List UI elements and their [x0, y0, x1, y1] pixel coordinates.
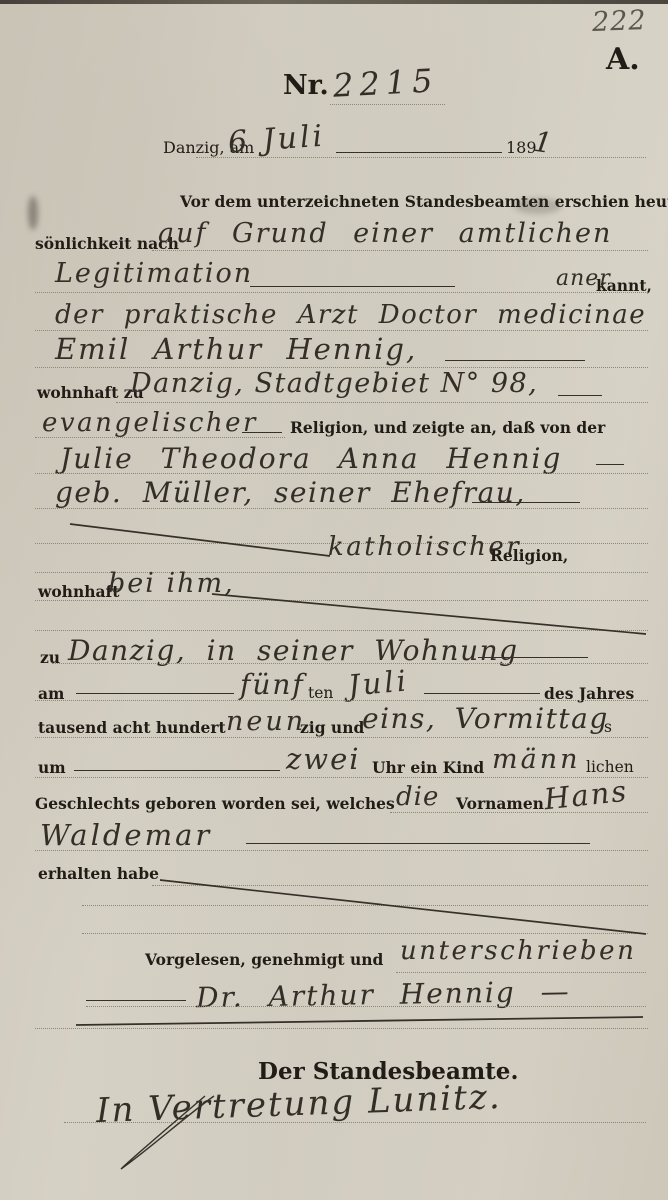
- blank-field-strike-3: [160, 880, 646, 934]
- ink-fill-line: [445, 360, 585, 361]
- form-rule: [196, 157, 646, 158]
- ink-fill-line: [76, 693, 234, 694]
- ink-fill-line: [558, 395, 602, 396]
- form-rule: [35, 700, 648, 701]
- daytime-s-printed: s: [604, 718, 612, 736]
- religion2-printed: Religion,: [490, 546, 568, 565]
- mother-name: Julie Theodora Anna Hennig: [60, 442, 562, 475]
- article-hand: die: [396, 782, 439, 812]
- declarant-signature: Dr. Arthur Hennig —: [196, 975, 571, 1015]
- ink-fill-line: [74, 770, 280, 771]
- declarant-occupation: der praktische Arzt Doctor medicinae: [55, 300, 646, 330]
- form-rule: [35, 600, 648, 601]
- form-rule: [82, 905, 648, 906]
- year-hand-digit: 1: [532, 125, 555, 160]
- form-rule: [35, 330, 648, 331]
- form-rule: [52, 663, 648, 664]
- form-rule: [116, 402, 648, 403]
- ink-fill-line: [424, 693, 540, 694]
- identity-basis-hand-2: Legitimation: [55, 258, 253, 289]
- archive-page-number: 222: [591, 5, 647, 38]
- residence-value: Danzig, Stadtgebiet N° 98,: [130, 368, 538, 399]
- section-letter-mark: A.: [606, 42, 640, 77]
- record-number-label: Nr.: [283, 70, 329, 101]
- declarant-religion: evangelischer: [42, 408, 258, 438]
- year-zig-printed: zig und: [300, 718, 364, 737]
- declarant-name: Emil Arthur Hennig,: [55, 332, 417, 366]
- form-rule: [35, 473, 648, 474]
- birth-month-value: Juli: [347, 663, 411, 702]
- time-printed: Uhr ein Kind: [372, 758, 484, 777]
- form-rule: [86, 1006, 646, 1007]
- form-rule: [64, 1122, 646, 1123]
- identity-basis-hand: auf Grund einer amtlichen: [158, 218, 612, 249]
- gender-hand: männ: [492, 744, 580, 775]
- birth-day-value: fünf: [240, 668, 305, 701]
- form-rule: [82, 933, 648, 934]
- form-rule: [35, 1028, 648, 1029]
- form-rule: [330, 104, 445, 105]
- form-rule: [35, 777, 648, 778]
- form-rule: [35, 630, 648, 631]
- blank-field-strike-1: [70, 524, 330, 556]
- closing-printed: Vorgelesen, genehmigt und: [145, 950, 383, 969]
- form-rule: [35, 508, 648, 509]
- child-name-1: Hans: [542, 774, 629, 817]
- mother-birthname: geb. Müller, seiner Ehefrau,: [55, 476, 526, 509]
- form-rule: [152, 250, 648, 251]
- form-rule: [35, 850, 648, 851]
- intro-line-1: Vor dem unterzeichneten Standesbeamten e…: [180, 192, 668, 211]
- ink-fill-line: [336, 152, 502, 153]
- form-rule: [35, 437, 285, 438]
- religion-printed: Religion, und zeigte an, daß von der: [290, 418, 605, 437]
- ink-fill-line: [472, 502, 580, 503]
- form-rule: [390, 812, 648, 813]
- date-value: 6 Juli: [227, 119, 326, 161]
- birthplace-label: zu: [40, 648, 60, 667]
- form-rule: [152, 885, 648, 886]
- closing-hand: unterschrieben: [400, 936, 636, 966]
- ink-fill-line: [250, 286, 455, 287]
- ink-fill-line: [86, 1000, 186, 1001]
- bleedthrough-smudge: [514, 198, 562, 214]
- year-ones-daytime-hand: eins, Vormittag: [362, 702, 609, 735]
- footer-separator-line: [76, 1017, 643, 1025]
- residence2-value: bei ihm,: [108, 568, 235, 599]
- birth-record-scan: 222 A. Nr. 2215 Danzig, am 6 Juli 189 1 …: [0, 0, 668, 1200]
- form-rule: [35, 292, 648, 293]
- time-value: zwei: [286, 742, 361, 776]
- scan-top-edge: [0, 0, 668, 4]
- year-thousand-printed: tausend acht hundert: [38, 718, 226, 737]
- time-label: um: [38, 758, 66, 777]
- gender-line2-printed: Geschlechts geboren worden sei, welches: [35, 794, 395, 813]
- year-tens-hand: neun: [226, 706, 306, 737]
- residence-label: wohnhaft zu: [37, 383, 144, 402]
- ink-fill-line: [596, 464, 624, 465]
- form-rule: [396, 972, 646, 973]
- ink-smudge: [28, 196, 38, 230]
- ink-fill-line: [246, 843, 590, 844]
- ink-fill-line: [242, 432, 282, 433]
- ink-fill-line: [478, 657, 588, 658]
- child-name-2: Waldemar: [40, 818, 212, 852]
- vornamen-printed: Vornamen: [456, 794, 544, 813]
- form-rule: [35, 737, 648, 738]
- received-printed: erhalten habe: [38, 864, 159, 883]
- record-number-value: 2215: [332, 61, 439, 104]
- gender-printed-suffix: lichen: [586, 758, 634, 776]
